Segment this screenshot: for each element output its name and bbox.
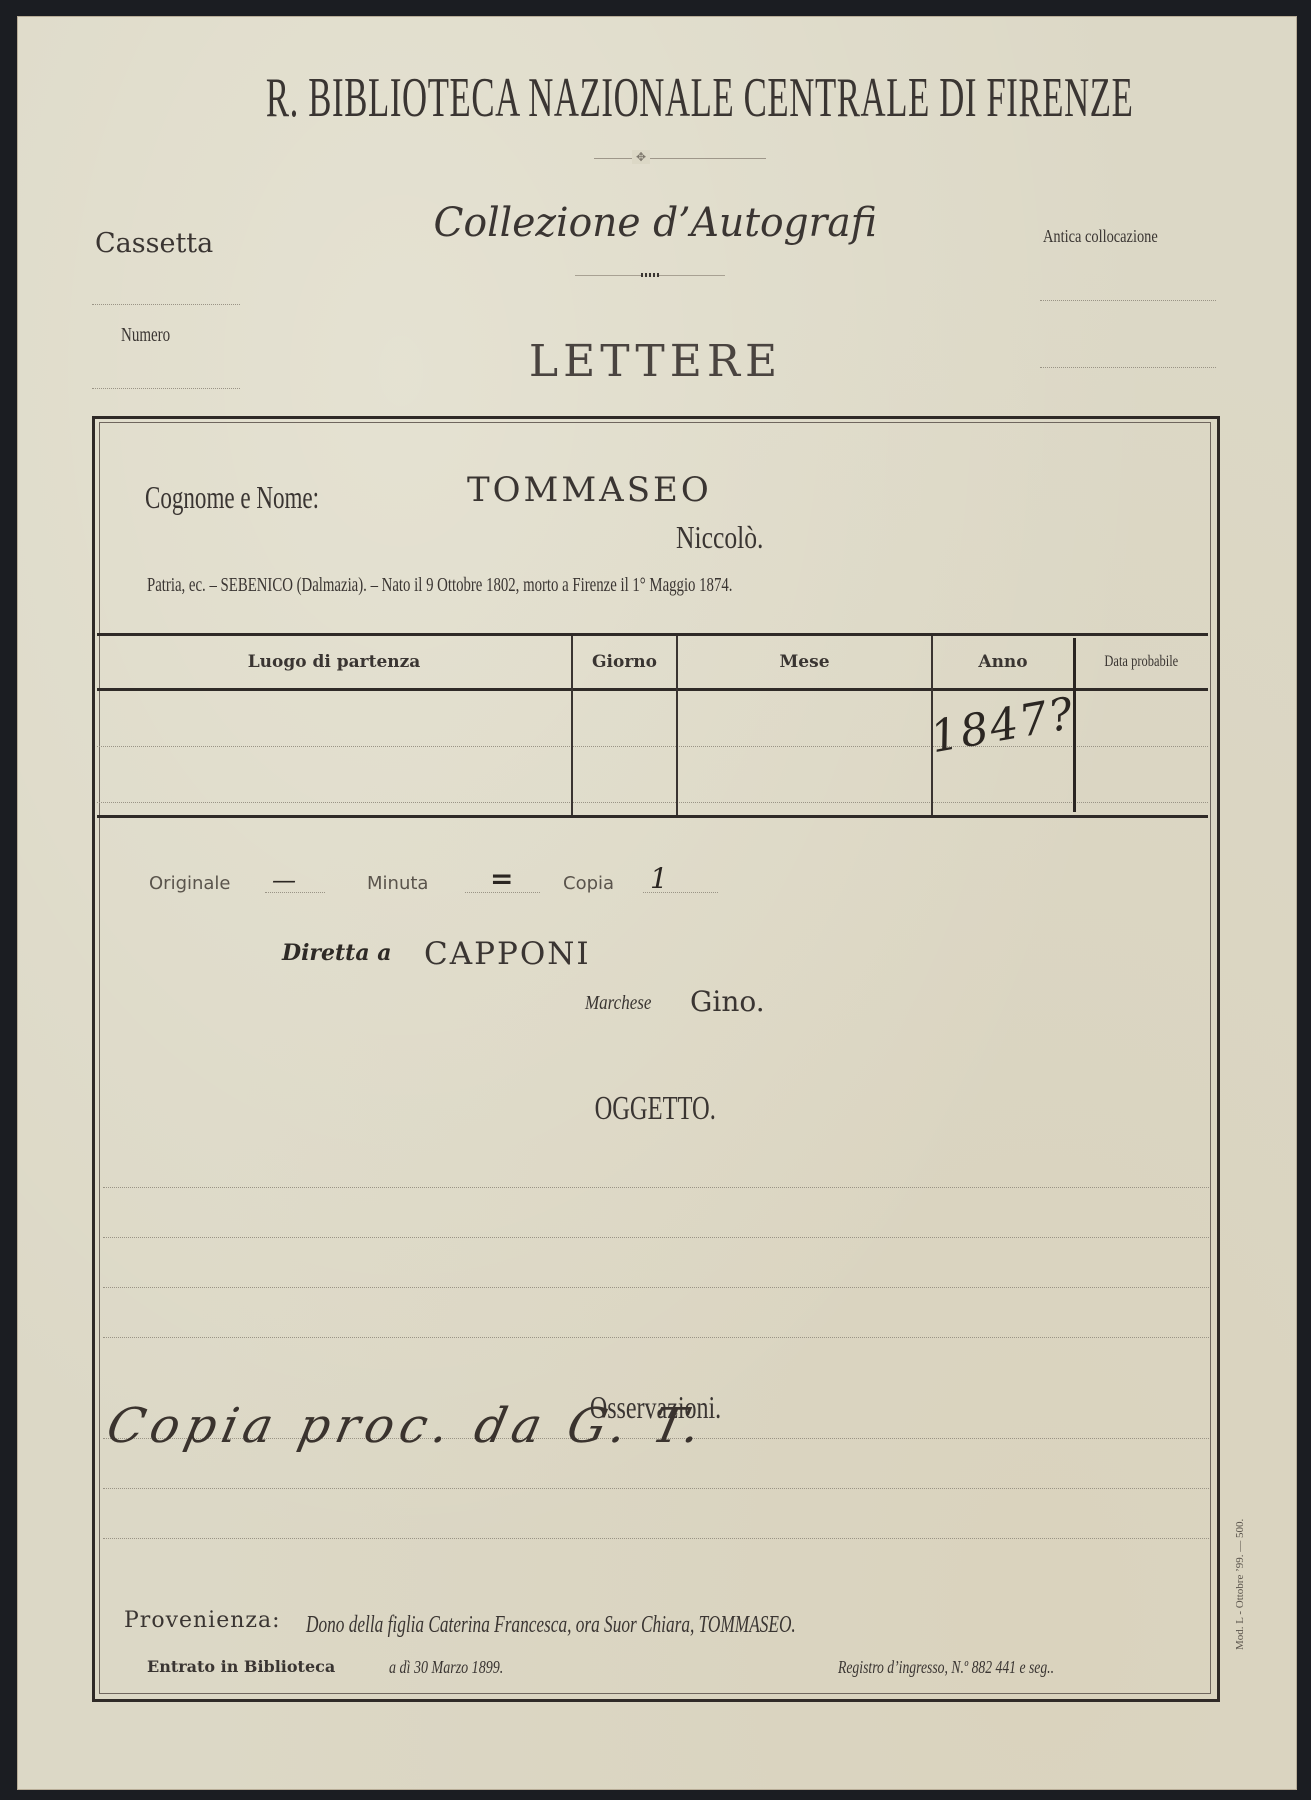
author-given-name: Niccolò. [676,518,785,556]
oggetto-line-3[interactable] [103,1287,1209,1288]
oggetto-line-2[interactable] [103,1237,1209,1238]
osservazioni-handwritten-note: Copia proc. da G. T. [102,1398,711,1454]
col-header-data-probabile: Data probabile [1076,653,1206,671]
entrato-label: Entrato in Biblioteca [147,1657,335,1676]
divider-mark [641,273,659,277]
library-title: R. BIBLIOTECA NAZIONALE CENTRALE DI FIRE… [0,66,1311,130]
registro-ingresso: Registro d’ingresso, N.º 882 441 e seg.. [838,1657,1122,1678]
provenienza-label: Provenienza: [124,1608,281,1633]
recipient-surname: CAPPONI [424,936,591,972]
recipient-title: Marchese [585,992,663,1015]
cell-giorno[interactable] [573,691,676,815]
copia-label: Copia [563,873,614,894]
numero-field[interactable] [92,388,240,389]
cassetta-field[interactable] [92,304,240,305]
copia-mark: 1 [650,862,668,895]
cell-luogo[interactable] [97,691,571,815]
osservazioni-line-2[interactable] [103,1488,1209,1489]
form-frame-inner [99,422,1211,1694]
patria-line: Patria, ec. – SEBENICO (Dalmazia). – Nat… [147,572,938,597]
diretta-label: Diretta a [282,940,392,966]
cell-mese[interactable] [678,691,931,815]
antica-collocazione-field-1[interactable] [1040,300,1216,301]
minuta-mark: = [490,862,513,895]
table-top-rule [97,633,1208,636]
ornament-icon: ✥ [632,150,650,164]
antica-collocazione-field-2[interactable] [1040,367,1216,368]
form-code: Mod. L - Ottobre ’99. — 500. [1234,1519,1246,1650]
originale-label: Originale [149,873,231,894]
col-header-giorno: Giorno [573,652,676,672]
originale-mark: — [272,866,296,894]
author-surname: TOMMASEO [467,470,712,510]
cognome-nome-label: Cognome e Nome: [145,478,387,516]
minuta-label: Minuta [367,873,428,894]
oggetto-label: OGGETTO. [0,1088,1311,1128]
osservazioni-line-3[interactable] [103,1538,1209,1539]
provenienza-value: Dono della figlia Caterina Francesca, or… [306,1610,986,1639]
entrato-value: a dì 30 Marzo 1899. [389,1657,536,1678]
oggetto-line-1[interactable] [103,1187,1209,1188]
table-bottom-rule [97,815,1208,818]
recipient-given-name: Gino. [690,985,765,1018]
col-header-mese: Mese [678,652,931,672]
ornament-rule [594,158,766,159]
antica-collocazione-label: Antica collocazione [1043,226,1186,247]
section-title: LETTERE [0,336,1311,387]
cell-data-probabile[interactable] [1076,691,1206,815]
col-header-anno: Anno [933,652,1073,672]
col-header-luogo: Luogo di partenza [97,652,571,672]
oggetto-line-4[interactable] [103,1337,1209,1338]
